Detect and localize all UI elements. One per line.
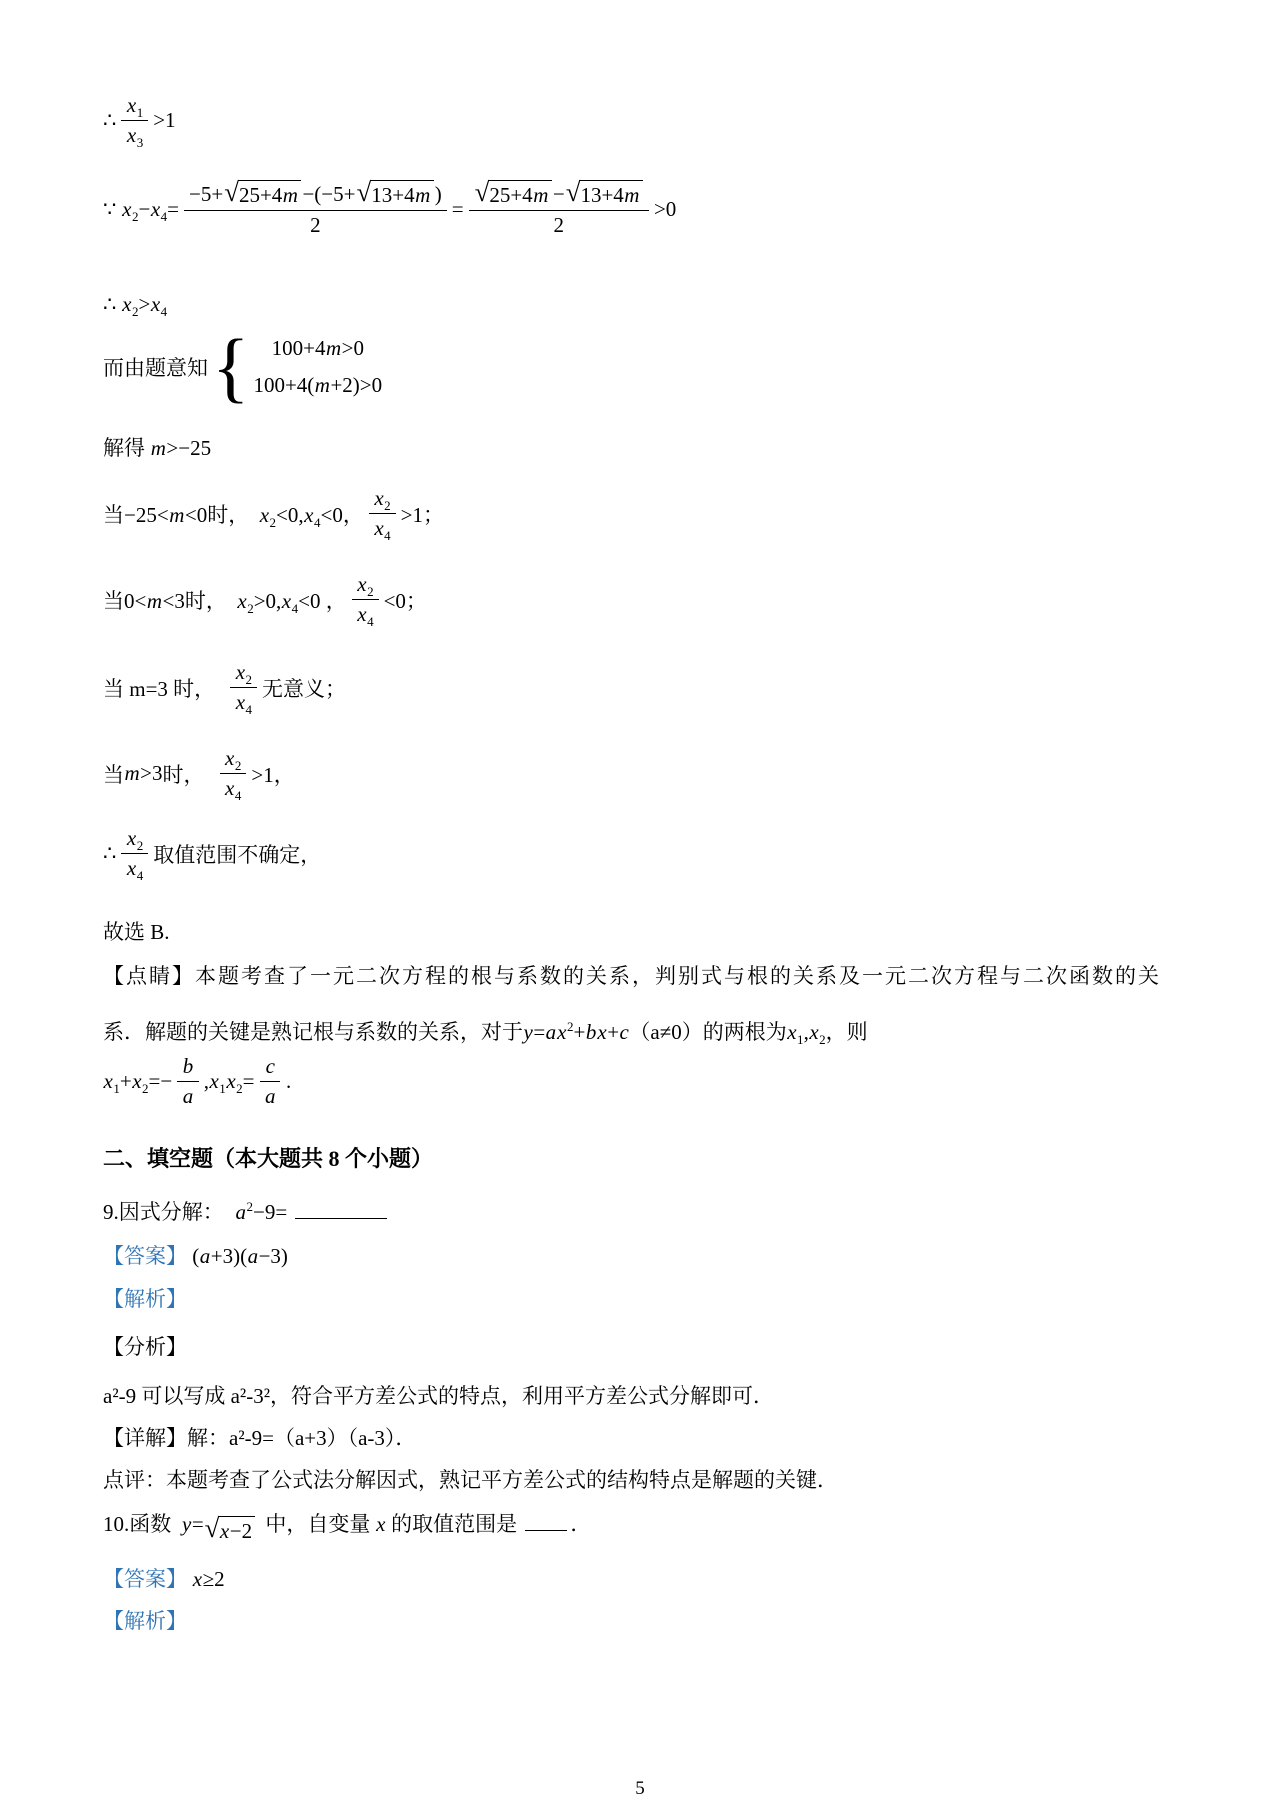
- question-9-fenxi-label: 【分析】: [103, 1331, 187, 1361]
- question-10-answer: 【答案】 x≥2: [103, 1563, 225, 1593]
- document-page: ∴ x1 x3 >1 ∵ x2−x4= −5+25+4m−(−5+13+4m) …: [0, 0, 1280, 1810]
- quadratic-function-formula: y=ax2+bx+c: [523, 1020, 629, 1044]
- fraction-x2-x4: x2 x4: [352, 572, 379, 627]
- therefore-symbol: ∴: [103, 841, 116, 866]
- answer-blank: [295, 1198, 387, 1219]
- system-label: 而由题意知: [103, 352, 208, 382]
- vieta-formulas: x1+x2=− b a ,x1x2= c a .: [103, 1054, 291, 1109]
- question-9-detail: 【详解】解：a²-9=（a+3）（a-3）．: [103, 1422, 416, 1452]
- answer-choice: 故选 B.: [103, 916, 170, 946]
- sqrt-13-4m: 13+4m: [566, 180, 643, 208]
- sqrt-25-4m: 25+4m: [224, 180, 301, 208]
- fraction-c-a: c a: [260, 1054, 282, 1109]
- solve-label: 解得: [103, 436, 145, 460]
- remark-line-1: 【点睛】本题考查了一元二次方程的根与系数的关系，判别式与根的关系及一元二次方程与…: [103, 960, 1161, 990]
- sqrt-x-minus-2: x−2: [205, 1516, 255, 1544]
- fraction-x2-x4: x2 x4: [121, 826, 148, 881]
- fraction-difference-simplified: 25+4m−13+4m 2: [469, 180, 649, 238]
- section-heading-fill-in: 二、填空题（本大题共 8 个小题）: [103, 1142, 433, 1173]
- left-brace: [212, 334, 249, 400]
- because-expression: ∵ x2−x4=: [103, 197, 179, 222]
- remark-line-2: 系．解题的关键是熟记根与系数的关系，对于y=ax2+bx+c（a≠0）的两根为x…: [103, 1016, 868, 1046]
- question-9-analysis-text: a²-9 可以写成 a²-3²，符合平方差公式的特点，利用平方差公式分解即可．: [103, 1380, 774, 1410]
- question-10-jiexi-label: 【解析】: [103, 1605, 187, 1635]
- question-9-comment: 点评：本题考查了公式法分解因式，熟记平方差公式的结构特点是解题的关键．: [103, 1464, 838, 1494]
- formula-ratio-x1-x3: ∴ x1 x3 >1: [103, 93, 176, 148]
- case-m-greater-3: 当m>3时， x2 x4 >1，: [103, 746, 295, 801]
- therefore-symbol: ∴: [103, 108, 116, 133]
- fraction-b-a: b a: [177, 1054, 199, 1109]
- answer-blank: [525, 1510, 567, 1531]
- question-9-stem: 9.因式分解： a2−9=: [103, 1196, 390, 1226]
- sqrt-25-4m: 25+4m: [475, 180, 552, 208]
- fraction-x2-x4: x2 x4: [230, 660, 257, 715]
- fraction-x2-x4: x2 x4: [369, 486, 396, 541]
- conclusion-ratio-undetermined: ∴ x2 x4 取值范围不确定，: [103, 826, 321, 881]
- question-9-answer: 【答案】 (a+3)(a−3): [103, 1240, 288, 1270]
- case-m-equals-3: 当 m=3 时， x2 x4 无意义；: [103, 660, 346, 715]
- formula-x2-greater-x4: ∴ x2>x4: [103, 292, 167, 317]
- answer-label: 【答案】: [103, 1244, 187, 1268]
- formula-x2-minus-x4: ∵ x2−x4= −5+25+4m−(−5+13+4m) 2 = 25+4m−1…: [103, 180, 676, 238]
- fraction-x1-x3: x1 x3: [121, 93, 148, 148]
- fraction-difference-expanded: −5+25+4m−(−5+13+4m) 2: [184, 180, 447, 238]
- question-10-stem: 10.函数 y=x−2 中，自变量 x 的取值范围是 ．: [103, 1508, 591, 1544]
- system-of-inequalities: 而由题意知 100+4m>0 100+4(m+2)>0: [103, 334, 382, 400]
- question-9-jiexi-label: 【解析】: [103, 1283, 187, 1313]
- system-equations: 100+4m>0 100+4(m+2)>0: [253, 336, 382, 398]
- case-0-to-3: 当0<m<3时， x2>0,x4<0 ， x2 x4 <0；: [103, 572, 427, 627]
- solve-result: 解得 m>−25: [103, 432, 211, 462]
- fraction-x2-x4: x2 x4: [220, 746, 247, 801]
- page-number: 5: [0, 1778, 1280, 1800]
- sqrt-13-4m: 13+4m: [356, 180, 433, 208]
- answer-label: 【答案】: [103, 1567, 187, 1591]
- case-neg25-to-0: 当−25<m<0时， x2<0,x4<0， x2 x4 >1；: [103, 486, 444, 541]
